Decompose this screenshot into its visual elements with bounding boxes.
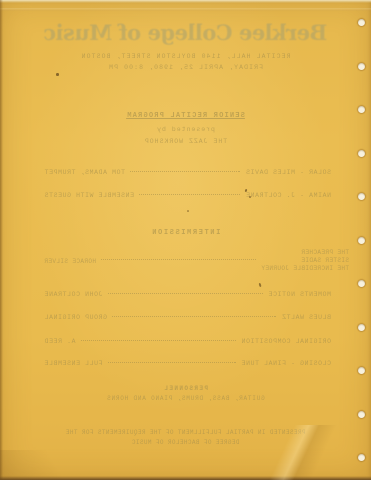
recital-subheading-2: THE JAZZ WORKSHOP	[0, 138, 371, 145]
punch-hole	[358, 150, 365, 157]
bleed-through-layer: Berklee College of Music RECITAL HALL, 1…	[0, 0, 371, 480]
program-line: MOMENTS NOTICE JOHN COLTRANE	[44, 291, 331, 298]
dot-leader	[81, 340, 236, 341]
punch-hole	[358, 280, 365, 287]
piece-title: BLUES WALTZ	[281, 314, 331, 321]
bottom-left-shadow	[0, 450, 90, 480]
berklee-logo-text: Berklee College of Music	[0, 20, 371, 45]
ink-speck	[56, 73, 59, 76]
punch-hole	[358, 193, 365, 200]
dot-leader	[139, 194, 240, 195]
performer: FULL ENSEMBLE	[44, 360, 103, 367]
recital-heading: SENIOR RECITAL PROGRAM	[0, 112, 371, 120]
medley-title: SISTER SADIE	[261, 257, 349, 265]
dot-leader	[112, 316, 276, 317]
page-top-edge	[0, 0, 371, 3]
address-line-2: FRIDAY, APRIL 25, 1980, 8:00 PM	[0, 64, 371, 71]
scanned-program-page: Berklee College of Music RECITAL HALL, 1…	[0, 0, 371, 480]
recital-subheading-1: presented by	[0, 126, 371, 133]
performer: GROUP ORIGINAL	[44, 314, 107, 321]
ink-speck	[187, 210, 189, 212]
dot-leader	[130, 171, 240, 172]
punch-hole	[358, 19, 365, 26]
medley-title: THE INCREDIBLE JOURNEY	[261, 265, 349, 273]
medley-title-stack: THE PREACHER SISTER SADIE THE INCREDIBLE…	[261, 249, 349, 273]
piece-title: NAIMA - J. COLTRANE	[245, 192, 331, 199]
bottom-right-crease	[221, 425, 371, 480]
program-line: NAIMA - J. COLTRANE ENSEMBLE WITH GUESTS	[44, 192, 331, 199]
punch-hole	[358, 454, 365, 461]
performer: TOM ADAMS, TRUMPET	[44, 169, 125, 176]
piece-title: MOMENTS NOTICE	[268, 291, 331, 298]
performer: JOHN COLTRANE	[44, 291, 103, 298]
personnel-heading: PERSONNEL	[0, 385, 371, 392]
program-line: CLOSING - FINAL TUNE FULL ENSEMBLE	[44, 360, 331, 367]
piece-title: CLOSING - FINAL TUNE	[241, 360, 331, 367]
top-crease	[0, 8, 371, 11]
punch-hole	[358, 411, 365, 418]
punch-hole	[358, 324, 365, 331]
punch-hole	[358, 106, 365, 113]
program-line: BLUES WALTZ GROUP ORIGINAL	[44, 314, 331, 321]
ink-speck	[249, 196, 251, 198]
piece-title: ORIGINAL COMPOSITION	[241, 338, 331, 345]
personnel-names: GUITAR, BASS, DRUMS, PIANO AND HORNS	[0, 395, 371, 402]
medley-title: THE PREACHER	[261, 249, 349, 257]
address-line-1: RECITAL HALL, 1140 BOYLSTON STREET, BOST…	[0, 53, 371, 60]
dot-leader	[108, 362, 236, 363]
composer: HORACE SILVER	[44, 258, 96, 265]
medley-program-line: THE PREACHER SISTER SADIE THE INCREDIBLE…	[44, 249, 349, 273]
intermission-heading: INTERMISSION	[0, 229, 371, 237]
punch-hole	[358, 63, 365, 70]
dot-leader	[101, 259, 256, 260]
performer: ENSEMBLE WITH GUESTS	[44, 192, 134, 199]
program-line: ORIGINAL COMPOSITION A. REED	[44, 338, 331, 345]
dot-leader	[108, 293, 263, 294]
punch-hole	[358, 237, 365, 244]
punch-hole	[358, 367, 365, 374]
program-line: SOLAR - MILES DAVIS TOM ADAMS, TRUMPET	[44, 169, 331, 176]
performer: A. REED	[44, 338, 76, 345]
page-left-edge	[0, 0, 3, 480]
piece-title: SOLAR - MILES DAVIS	[245, 169, 331, 176]
